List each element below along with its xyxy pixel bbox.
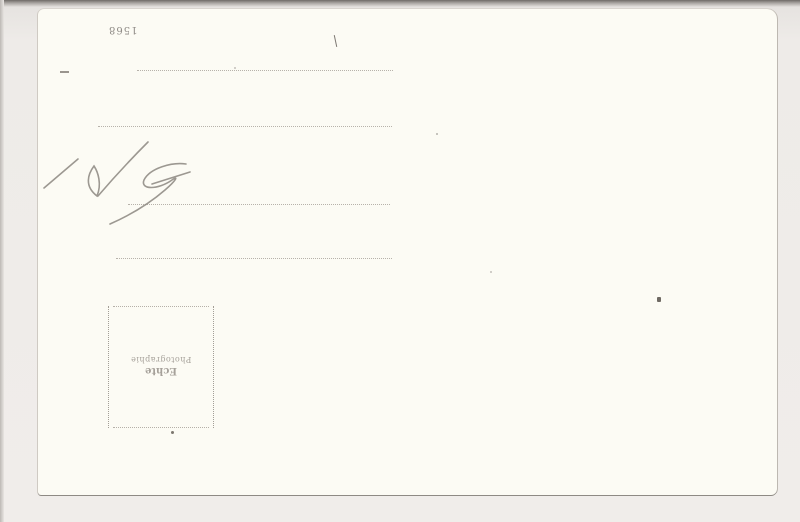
printed-dash xyxy=(60,71,69,73)
dust-speck xyxy=(436,133,438,135)
stamp-text-line2: Photographie xyxy=(109,354,213,364)
stamp-box-text: Echte Photographie xyxy=(109,354,213,376)
printed-tick-mark xyxy=(334,35,337,47)
address-line-2 xyxy=(98,126,392,127)
scanner-edge xyxy=(0,0,4,522)
address-line-1 xyxy=(137,70,393,71)
printed-code: 1568 xyxy=(108,24,137,35)
stamp-box: Echte Photographie xyxy=(108,306,214,428)
stamp-text-line1: Echte xyxy=(109,364,213,376)
dust-speck xyxy=(657,297,661,302)
dust-speck xyxy=(490,271,492,273)
printed-dot xyxy=(171,431,174,434)
address-line-4 xyxy=(116,258,392,259)
pencil-price-annotation xyxy=(40,134,200,234)
dust-speck xyxy=(234,67,236,69)
postcard-back: 1568 Echte Photographie xyxy=(38,9,777,495)
